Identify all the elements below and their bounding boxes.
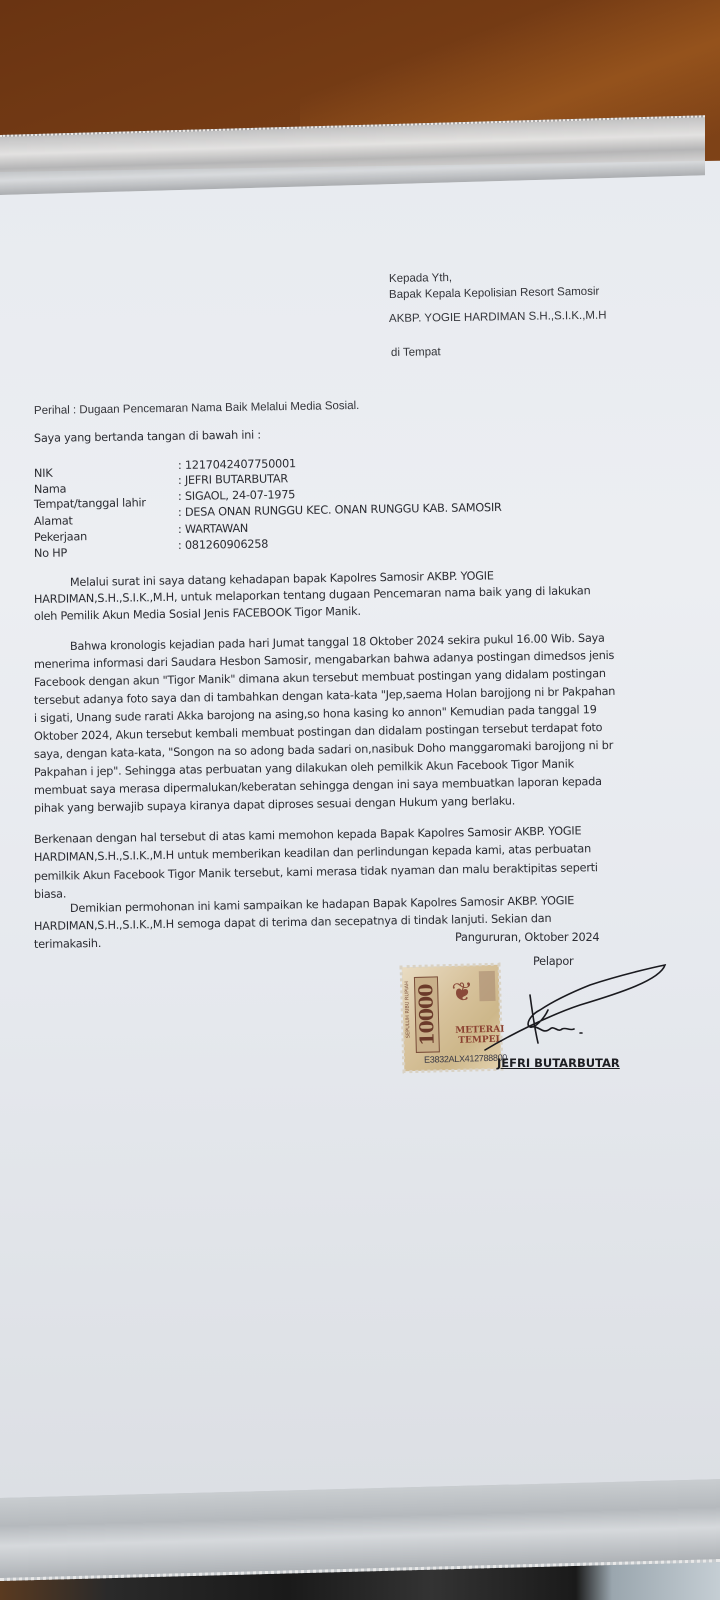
recipient-line3: di Tempat: [391, 346, 441, 359]
identity-value-ttl: : SIGAOL, 24-07-1975: [178, 488, 295, 503]
identity-label-alamat: Alamat: [34, 514, 73, 528]
signer-name: JEFRI BUTARBUTAR: [497, 1056, 620, 1070]
identity-value-alamat: : DESA ONAN RUNGGU KEC. ONAN RUNGGU KAB.…: [178, 501, 502, 519]
identity-value-nik: : 1217042407750001: [178, 457, 296, 472]
recipient-line2: AKBP. YOGIE HARDIMAN S.H.,S.I.K.,M.H: [389, 310, 607, 325]
subject-line: Perihal : Dugaan Pencemaran Nama Baik Me…: [34, 400, 360, 417]
letter-document: Kepada Yth, Bapak Kepala Kepolisian Reso…: [0, 0, 720, 1600]
p1-line: oleh Pemilik Akun Media Sosial Jenis FAC…: [34, 605, 361, 623]
p3-line: biasa.: [34, 887, 66, 901]
recipient-greeting: Kepada Yth,: [389, 272, 452, 285]
signature-icon: [470, 955, 670, 1055]
identity-label-pekerjaan: Pekerjaan: [34, 530, 87, 544]
recipient-line1: Bapak Kepala Kepolisian Resort Samosir: [389, 286, 599, 301]
p3-line: HARDIMAN,S.H.,S.I.K.,M.H untuk memberika…: [34, 842, 591, 864]
p2-line: membuat saya merasa dipermalukan/keberat…: [34, 775, 602, 797]
identity-value-nohp: : 081260906258: [178, 538, 268, 552]
p4-line: terimakasih.: [34, 937, 101, 951]
identity-value-pekerjaan: : WARTAWAN: [178, 522, 248, 536]
identity-label-nohp: No HP: [34, 546, 67, 560]
p3-line: pemilkik Akun Facebook Tigor Manik terse…: [34, 861, 598, 883]
p2-line: Pakpahan i jep". Sehingga atas perbuatan…: [34, 758, 574, 779]
identity-value-nama: : JEFRI BUTARBUTAR: [178, 472, 288, 487]
identity-label-ttl: Tempat/tanggal lahir: [34, 496, 146, 511]
place-date: Pangururan, Oktober 2024: [455, 931, 599, 944]
intro-line: Saya yang bertanda tangan di bawah ini :: [34, 428, 261, 445]
identity-label-nama: Nama: [34, 482, 67, 496]
identity-label-nik: NIK: [34, 467, 53, 480]
p4-line: HARDIMAN,S.H.,S.I.K.,M.H semoga dapat di…: [34, 912, 551, 933]
stamp-value: 10000: [414, 976, 440, 1053]
p2-line: pihak yang berwajib supaya kiranya dapat…: [34, 794, 515, 815]
stamp-side-text: SEPULUH RIBU RUPIAH: [404, 981, 411, 1038]
